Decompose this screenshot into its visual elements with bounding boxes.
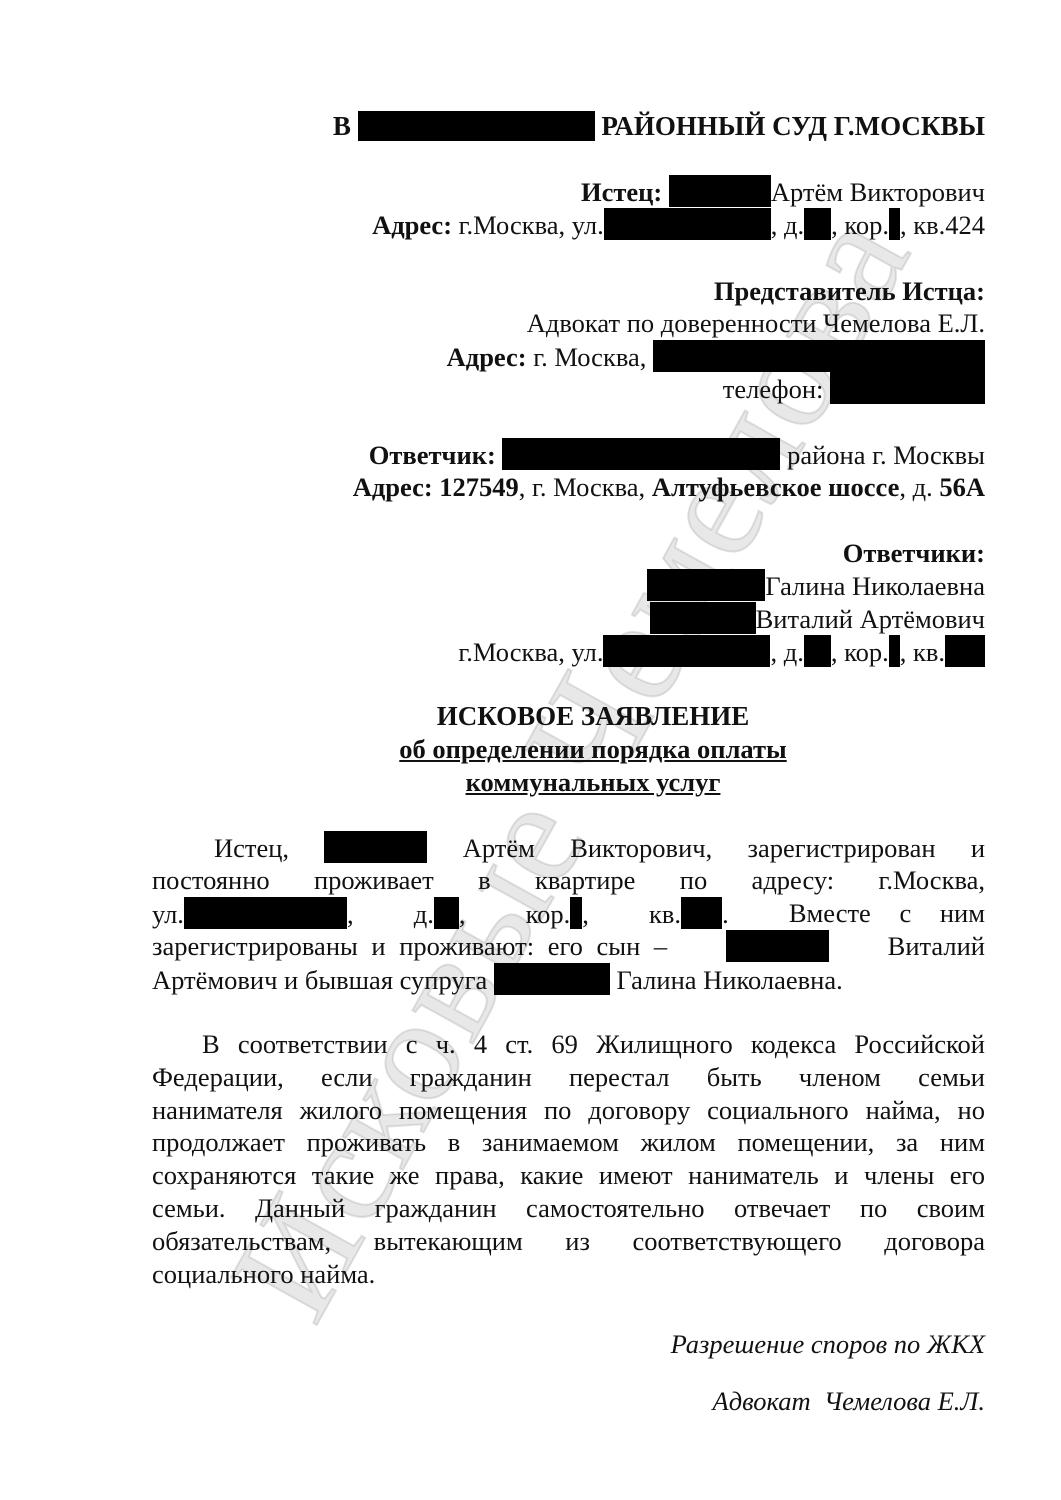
person-name: Виталий Артёмович [756,604,985,634]
court-name: РАЙОННЫЙ СУД Г.МОСКВЫ [601,111,985,141]
paragraph-2-line-7: обязательствам, вытекающим из соответств… [152,1225,985,1258]
text: д., [414,897,466,931]
text: Виталий [888,930,985,963]
representative-label: Представитель Истца: [714,275,985,308]
representative-phone: телефон: [723,372,985,406]
address-label: Адрес: [372,210,452,240]
redaction-block [184,897,347,929]
house-label: , д. [771,210,804,240]
redaction-block [804,208,831,240]
defendant-line: Ответчик: района г. Москвы [369,438,985,472]
redaction-block [889,208,900,240]
text: Вместе с ним [789,897,985,931]
text: кв.. [649,897,729,931]
phone-label: телефон: [723,374,824,404]
representative-name: Адвокат по доверенности Чемелова Е.Л. [527,307,985,340]
paragraph-1-line-3: ул., д., кор., кв.. Вместе с ним [152,897,985,931]
text: Артём Викторович, зарегистрирован и [463,833,985,863]
redaction-block [669,175,771,207]
paragraph-1-line-4: зарегистрированы и проживают: его сын – … [152,930,985,963]
redaction-block [945,635,985,667]
redaction-block [650,602,756,634]
address-label: Адрес: [447,342,527,372]
court-header: В РАЙОННЫЙ СУД Г.МОСКВЫ [333,110,985,143]
defendant-label: Ответчик: [369,440,496,470]
redaction-block [804,635,831,667]
document-page: Исковые Чемелова В РАЙОННЫЙ СУД Г.МОСКВЫ… [0,0,1061,1500]
redaction-block [434,897,459,929]
text: Истец, [214,833,289,863]
plaintiff-line: Истец: Артём Викторович [581,175,985,209]
text: зарегистрированы и проживают: его сын – [152,930,667,963]
redaction-block [324,831,427,863]
redaction-block [726,930,829,962]
house-label: , д. [899,472,939,502]
document-subtitle-2: коммунальных услуг [0,766,1061,799]
defendant-district: района г. Москвы [787,440,985,470]
defendant-person-1: Галина Николаевна [647,569,985,603]
apartment-label: , кв. [900,637,945,667]
address-label: Адрес: [353,472,433,502]
apartment: , кв.424 [900,210,985,240]
paragraph-2-line-8: социального найма. [152,1258,985,1291]
paragraph-2-line-6: семьи. Данный гражданин самостоятельно о… [152,1192,985,1225]
defendant-address: Адрес: 127549, г. Москва, Алтуфьевское ш… [353,471,985,504]
redaction-block [603,635,770,667]
document-subtitle-1: об определении порядка оплаты [0,733,1061,766]
paragraph-1-line-2: постоянно проживает в квартире по адресу… [152,864,985,897]
document-title: ИСКОВОЕ ЗАЯВЛЕНИЕ [0,700,1061,733]
paragraph-2-line-1: В соответствии с ч. 4 ст. 69 Жилищного к… [152,1028,985,1061]
text: кор., [526,897,589,931]
defendants-address: г.Москва, ул., д., кор., кв. [458,635,985,669]
paragraph-1-line-1: Истец, Артём Викторович, зарегистрирован… [152,831,985,865]
court-prefix: В [333,111,351,141]
plaintiff-label: Истец: [581,177,662,207]
redaction-block [830,372,985,404]
person-name: Галина Николаевна [765,571,985,601]
house-label: , д. [770,637,803,667]
paragraph-2-line-5: сохраняются такие же права, какие имеют … [152,1159,985,1192]
redaction-block [502,438,780,470]
text: Галина Николаевна. [617,965,843,995]
plaintiff-address: Адрес: г.Москва, ул., д., кор., кв.424 [372,208,985,242]
redaction-block [681,897,722,929]
redaction-block [570,897,582,929]
text: ул., [152,897,354,931]
redaction-block [653,340,985,372]
house-number: 56А [939,472,985,502]
redaction-block [889,635,900,667]
redaction-block [647,569,765,601]
building-label: , кор. [831,210,889,240]
redaction-block [358,111,595,141]
address-city: , г. Москва, [519,472,652,502]
paragraph-2-line-4: продолжает проживать в занимаемом жилом … [152,1126,985,1159]
zip-code: 127549 [439,472,519,502]
redaction-block [604,208,771,240]
plaintiff-name: Артём Викторович [771,177,985,207]
text: Артёмович и бывшая супруга [152,965,487,995]
building-label: , кор. [831,637,889,667]
representative-address: Адрес: г. Москва, [447,340,985,374]
street: Алтуфьевское шоссе [652,472,900,502]
signature-line-2: Адвокат Чемелова Е.Л. [713,1385,985,1418]
defendants-label: Ответчики: [843,537,985,570]
signature-line-1: Разрешение споров по ЖКХ [671,1328,985,1361]
paragraph-1-line-5: Артёмович и бывшая супруга Галина Никола… [152,963,843,997]
paragraph-2-line-3: нанимателя жилого помещения по договору … [152,1094,985,1127]
address-city: г.Москва, ул. [458,637,603,667]
redaction-block [494,963,610,995]
address-city: г.Москва, ул. [459,210,604,240]
address-city: г. Москва, [533,342,646,372]
paragraph-2-line-2: Федерации, если гражданин перестал быть … [152,1061,985,1094]
defendant-person-2: Виталий Артёмович [650,602,985,636]
